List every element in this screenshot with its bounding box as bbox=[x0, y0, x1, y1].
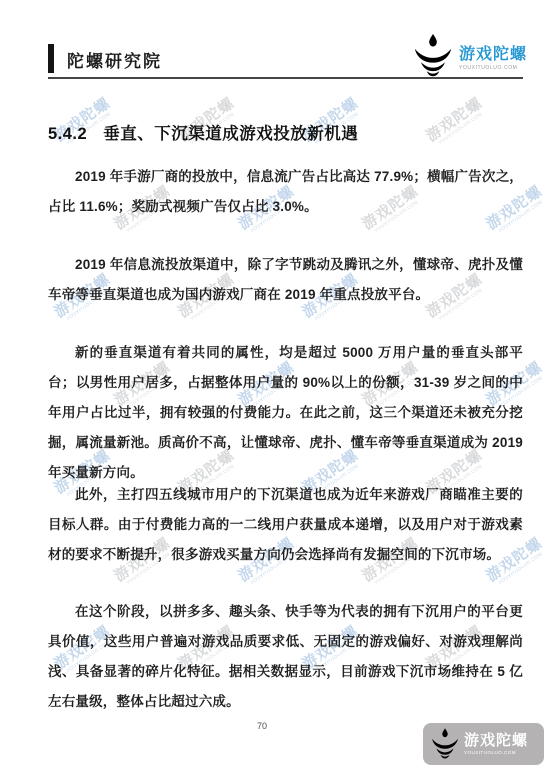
brand-logo: 游戏陀螺 YOUXITUOLUO.COM bbox=[412, 34, 527, 78]
logo-domain: YOUXITUOLUO.COM bbox=[459, 65, 527, 71]
footer-logo-text: 游戏陀螺 YOUXITUOLUO.COM bbox=[464, 733, 528, 755]
logo-name: 游戏陀螺 bbox=[459, 46, 527, 64]
section-heading: 5.4.2垂直、下沉渠道成游戏投放新机遇 bbox=[48, 120, 358, 144]
paragraph: 在这个阶段，以拼多多、趣头条、快手等为代表的拥有下沉用户的平台更具价值，这些用户… bbox=[48, 597, 523, 717]
logo-domain: YOUXITUOLUO.COM bbox=[464, 750, 528, 755]
paragraph: 此外，主打四五线城市用户的下沉渠道也成为近年来游戏厂商瞄准主要的目标人群。由于付… bbox=[48, 480, 523, 570]
spinning-top-logo-icon bbox=[430, 728, 460, 760]
section-number: 5.4.2 bbox=[48, 125, 87, 143]
paragraph: 2019 年信息流投放渠道中，除了字节跳动及腾讯之外，懂球帝、虎扑及懂车帝等垂直… bbox=[48, 250, 523, 310]
brand-title: 陀螺研究院 bbox=[67, 47, 162, 72]
spinning-top-logo-icon bbox=[412, 34, 454, 78]
header-accent-bar bbox=[48, 44, 54, 73]
paragraph: 2019 年手游厂商的投放中，信息流广告占比高达 77.9%；横幅广告次之，占比… bbox=[48, 162, 523, 222]
document-page: 游戏陀螺YOUXITUOLUO.COM游戏陀螺YOUXITUOLUO.COM游戏… bbox=[0, 0, 550, 777]
logo-name: 游戏陀螺 bbox=[464, 733, 528, 749]
paragraph: 新的垂直渠道有着共同的属性，均是超过 5000 万用户量的垂直头部平台；以男性用… bbox=[48, 338, 523, 488]
footer-logo-badge: 游戏陀螺 YOUXITUOLUO.COM bbox=[423, 723, 544, 765]
header-divider bbox=[48, 77, 523, 79]
section-title: 垂直、下沉渠道成游戏投放新机遇 bbox=[103, 125, 358, 143]
watermark: 游戏陀螺YOUXITUOLUO.COM bbox=[424, 95, 488, 148]
brand-logo-text: 游戏陀螺 YOUXITUOLUO.COM bbox=[459, 46, 527, 71]
